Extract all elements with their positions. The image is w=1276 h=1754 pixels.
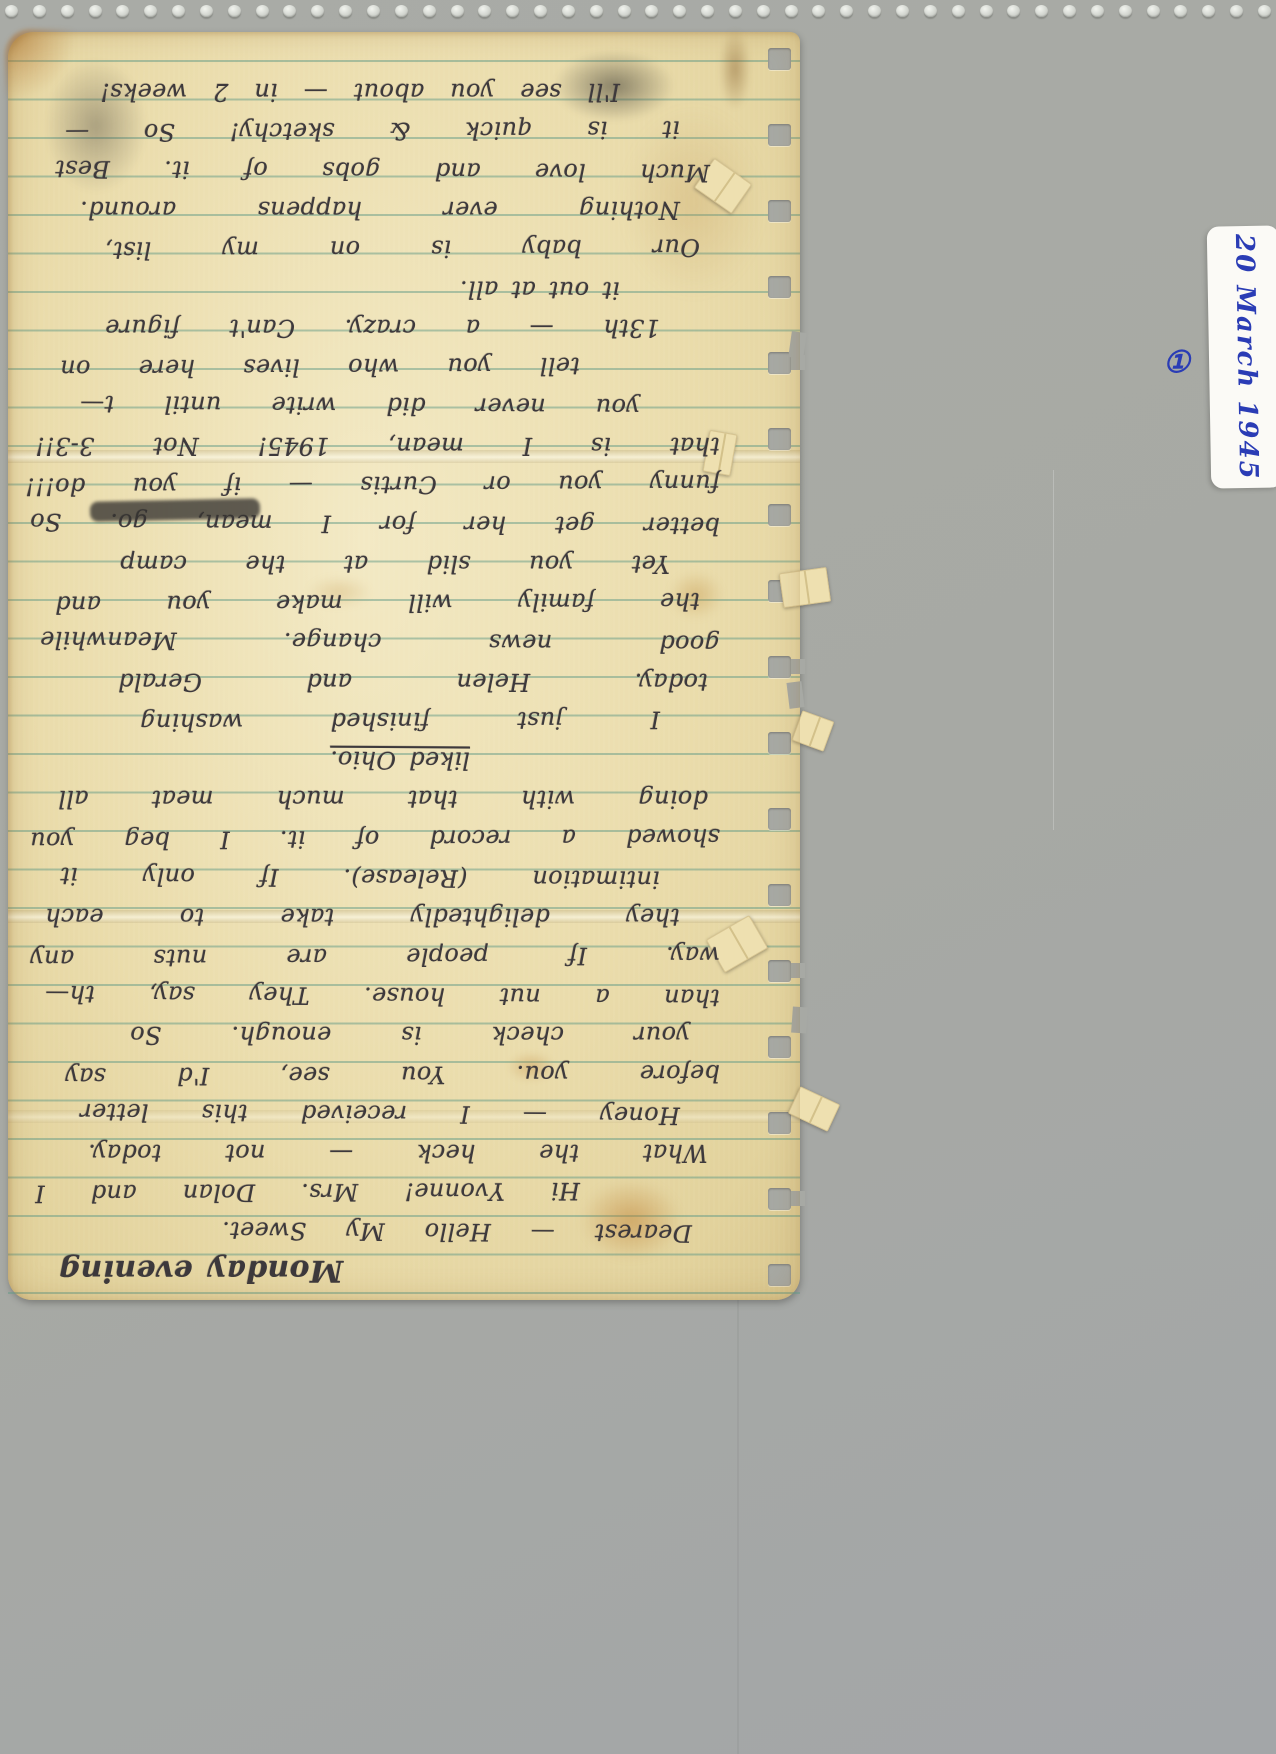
handwriting-line: showed a record of it. I beg you [30,817,720,860]
handwriting-line: Nothing ever happens around. [80,190,720,229]
handwriting-line: good news change. Meanwhile [40,620,720,663]
handwriting-line: tell you who lives here on [60,345,720,388]
sleeve-dot [590,5,603,17]
sleeve-dot [1258,5,1271,17]
sleeve-dot [701,5,714,17]
sleeve-dot [283,5,296,17]
label-handwriting: 20 March 1945 ① [1207,225,1276,488]
handwriting-line: Honey — I received this letter [80,1092,720,1135]
sleeve-dot [1230,5,1243,17]
handwriting-line: I just finished washing [140,699,720,741]
sleeve-dot [840,5,853,17]
sleeve-dot [980,5,993,17]
handwriting-line: it is quick & sketchy! So — [65,109,720,152]
handwriting-line: that is I mean, 1945! Not 3-3!! [35,425,720,464]
sleeve-dot [1119,5,1132,17]
sleeve-seam [737,1300,739,1754]
sleeve-dot [952,5,965,17]
sleeve-dot [785,5,798,17]
handwriting-line: funny you or Curtis — if you do!!! [25,463,720,506]
handwriting-line: your check is enough. So [130,1015,720,1054]
handwriting-line: Dearest — Hello My Sweet. [222,1210,720,1252]
sleeve-dot [228,5,241,17]
handwriting-line: you never did write until t— [80,384,720,427]
sleeve-dot [1063,5,1076,17]
handwriting-line: intimation (Release). If only it [60,856,720,899]
sleeve-dot [395,5,408,17]
sleeve-dot [451,5,464,17]
sleeve-dot [757,5,770,17]
sleeve-dot [506,5,519,17]
handwriting-line: Our baby is on my list, [105,227,720,270]
handwriting-line: Yet you slid at the camp [120,543,720,582]
sleeve-dot [534,5,547,17]
sleeve-dot [172,5,185,17]
handwriting-line: the family will make you and [55,581,720,624]
sleeve-dot [562,5,575,17]
handwriting-line: doing with that much meat all [58,779,720,818]
handwriting-line: today. Helen and Gerald [118,661,720,700]
sleeve-dot [144,5,157,17]
sleeve-dot [618,5,631,17]
handwriting-line: I'll see you about — in 2 weeks! [100,72,720,111]
ink-scribble-blot [90,498,260,522]
scanned-page: Monday eveningDearest — Hello My Sweet.H… [0,0,1276,1754]
archive-date-label: 20 March 1945 ① [1207,225,1276,488]
sleeve-dot [89,5,102,17]
handwriting-line: it out at all. [25,266,720,310]
label-date: 20 March 1945 [1229,233,1263,480]
sleeve-dot [729,5,742,17]
sleeve-dot [868,5,881,17]
sleeve-dot [256,5,269,17]
sleeve-dot [645,5,658,17]
sleeve-dot [33,5,46,17]
sleeve-dot [1202,5,1215,17]
sleeve-dot [311,5,324,17]
sleeve-dot [896,5,909,17]
sleeve-dot [367,5,380,17]
handwritten-letter-text: Monday eveningDearest — Hello My Sweet.H… [8,32,800,1300]
sleeve-dot [673,5,686,17]
handwriting-line: Much love and gobs of it. Best [55,148,720,191]
sleeve-dot [423,5,436,17]
letter-paper: Monday eveningDearest — Hello My Sweet.H… [8,32,800,1300]
sleeve-binding-dots [0,5,1276,17]
sleeve-dot [61,5,74,17]
sleeve-dot [478,5,491,17]
sleeve-dot [1174,5,1187,17]
handwriting-line: way. If people are nuts any [30,935,720,978]
handwriting-line: than a nut house. They say, th— [45,974,720,1017]
sleeve-dot [339,5,352,17]
sleeve-dot [116,5,129,17]
sleeve-dot [812,5,825,17]
handwriting-line: Hi Yvonne! Mrs. Dolan and I [35,1170,720,1213]
sleeve-dot [924,5,937,17]
sleeve-dot [5,5,18,17]
handwriting-line: before you. You see, I'd say [65,1053,720,1096]
sleeve-dot [1007,5,1020,17]
handwriting-line: What the heck — not today. [88,1133,720,1172]
handwriting-line: liked Ohio. [25,738,720,782]
label-circled-number: ① [1141,344,1212,380]
scratch-mark [1053,470,1054,830]
sleeve-dot [1035,5,1048,17]
sleeve-dot [1147,5,1160,17]
handwriting-line: Monday evening [25,1251,720,1290]
sleeve-dot [200,5,213,17]
handwriting-line: 13th — a crazy. Can't figure [105,308,720,347]
handwriting-line: they delightedly take to each [45,897,720,936]
sleeve-dot [1091,5,1104,17]
